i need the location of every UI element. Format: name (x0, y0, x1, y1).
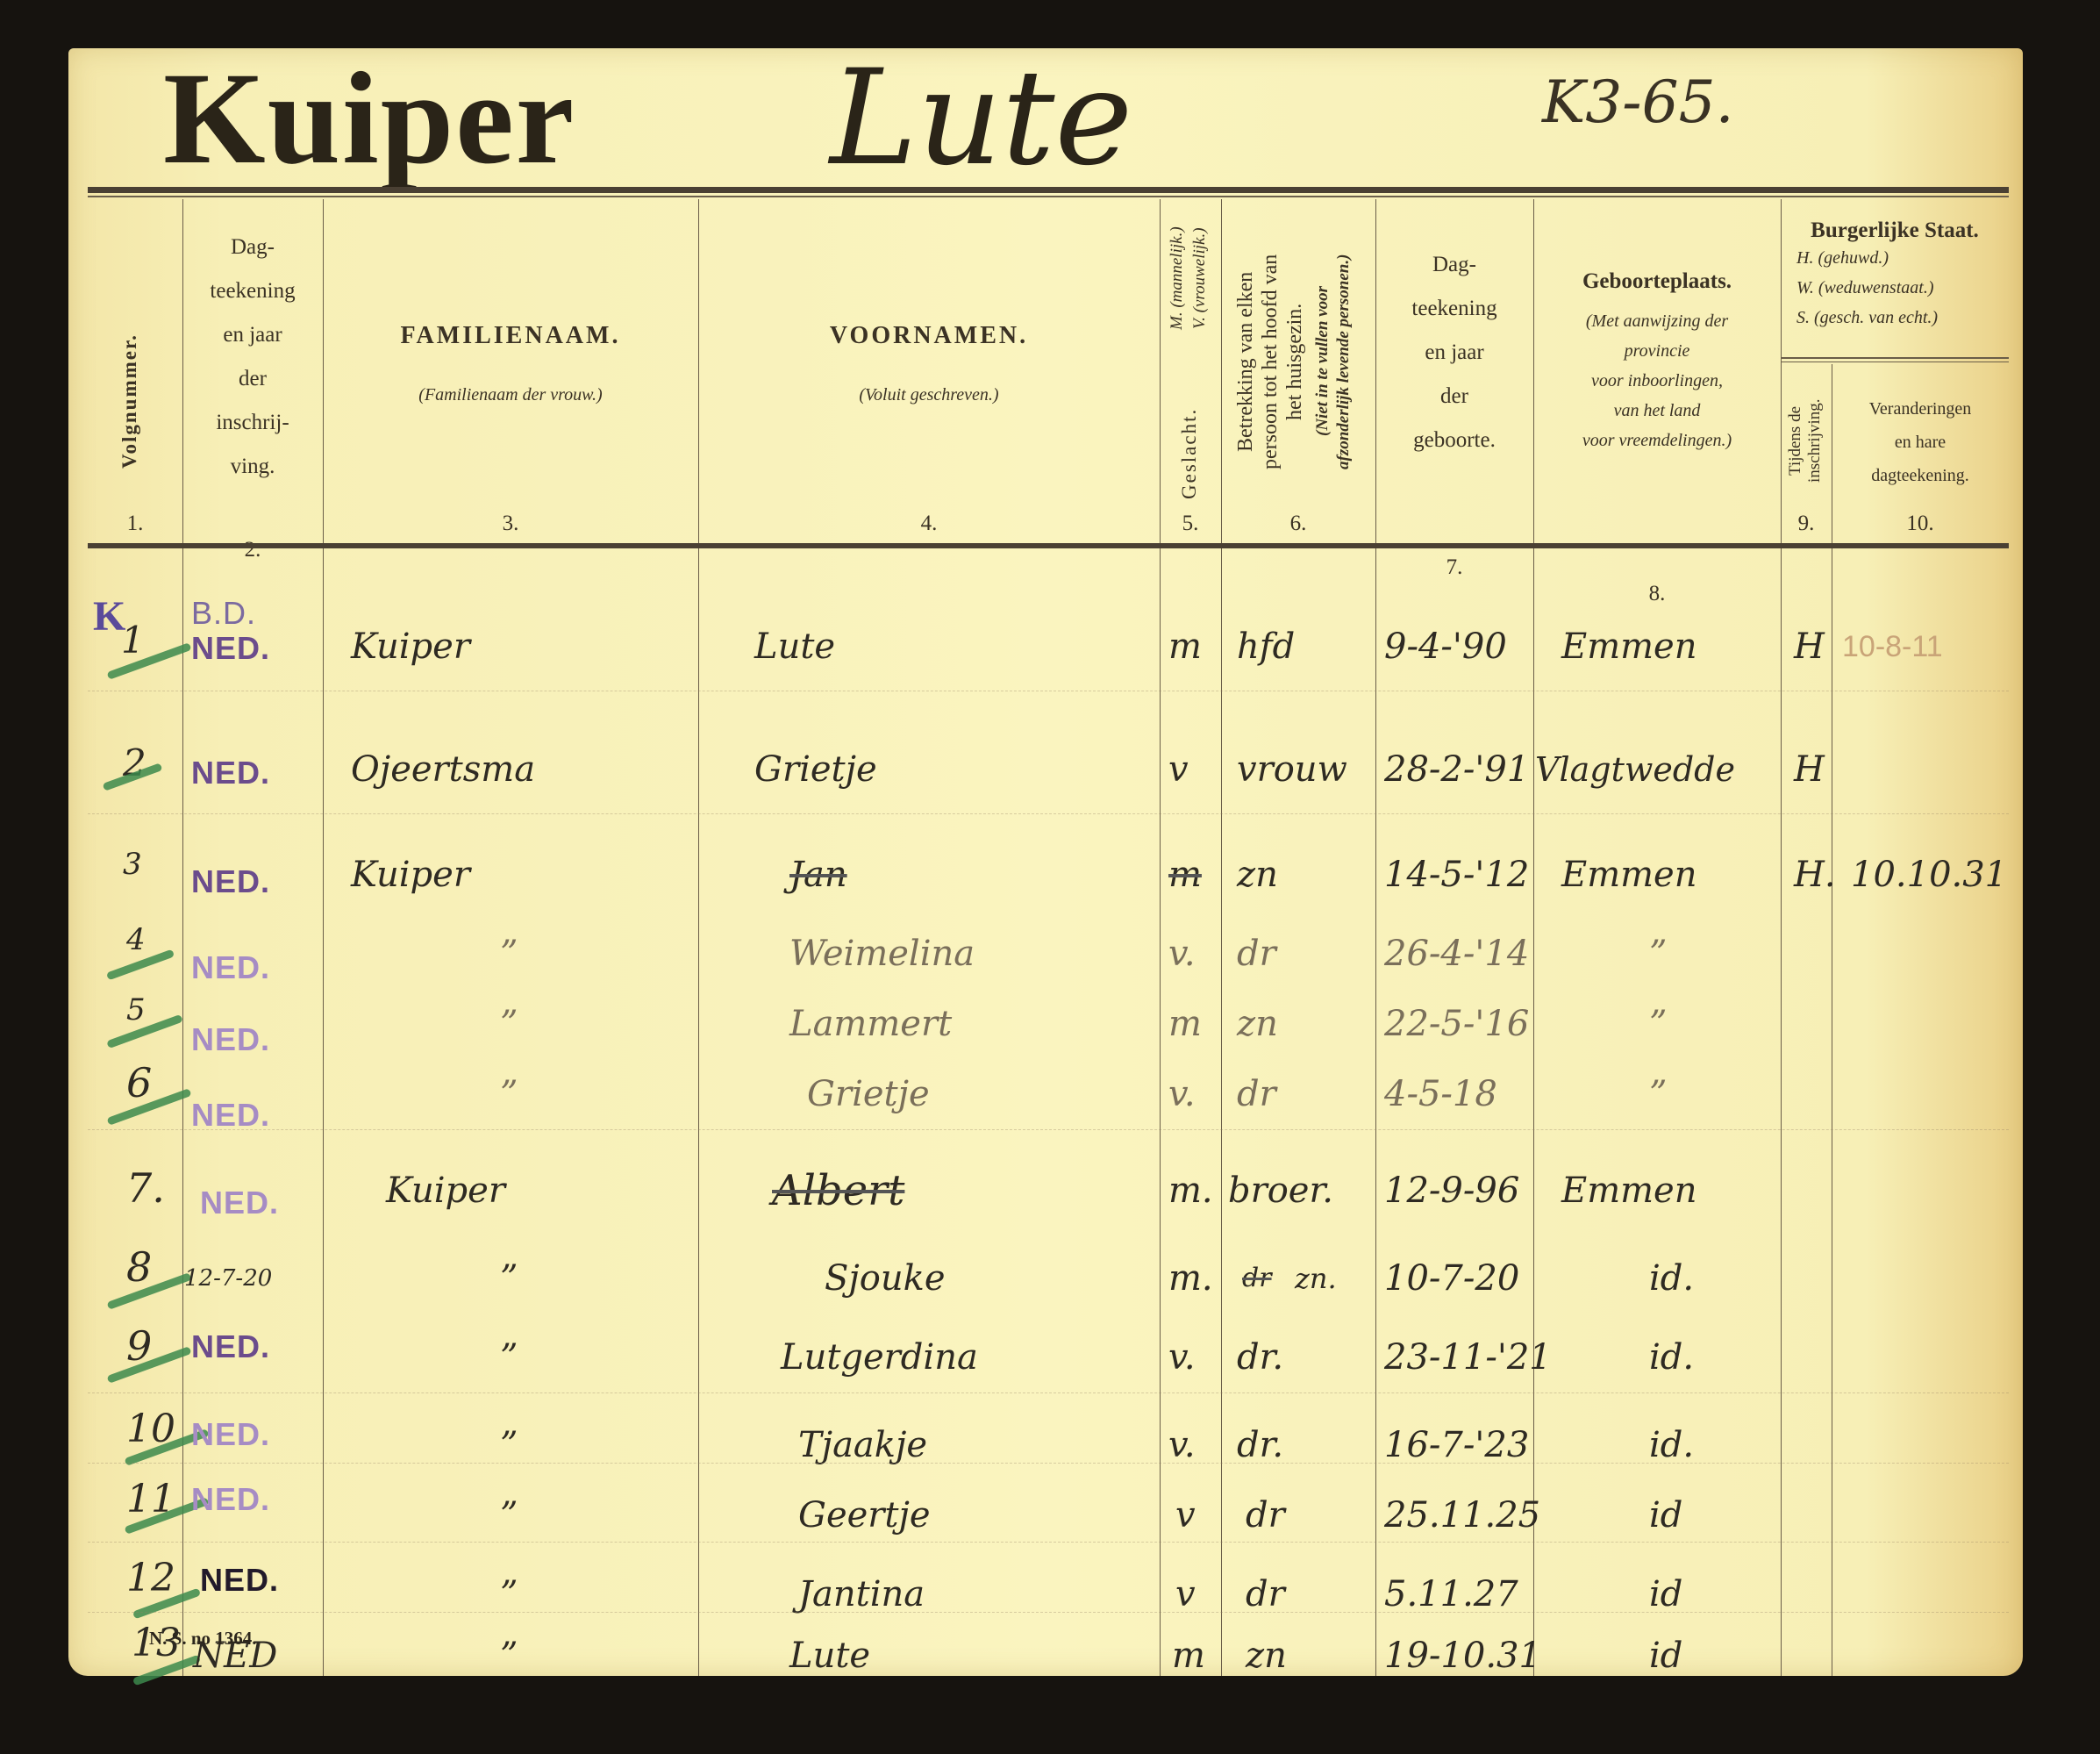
entry-birthplace: Vlagtwedde (1535, 734, 1735, 805)
table-row: 13 NED ” Lute m zn 19-10.31 id (88, 1621, 2009, 1691)
header-col-3: FAMILIENAAM. (Familienaam der vrouw.) 3. (323, 199, 698, 543)
entry-given-names: Tjaakje (798, 1410, 927, 1480)
entry-given-names: Weimelina (789, 919, 975, 989)
table-row: 12 NED. ” Jantina v dr 5.11.27 id (88, 1559, 2009, 1629)
register-entries: 1 B.D. NED. Kuiper Lute m hfd 9-4-'90 Em… (88, 550, 2009, 1676)
entry-birthplace: ” (1649, 919, 1667, 989)
header-col-number: 5. (1160, 512, 1221, 536)
table-row: 11 NED. ” Geertje v dr 25.11.25 id (88, 1480, 2009, 1550)
header-text: Dag- (1375, 243, 1533, 287)
entry-seq: 3 (123, 847, 142, 882)
header-col-number: 1. (88, 512, 182, 536)
title-given-name: Lute (830, 48, 1132, 189)
entry-sex: m (1172, 1621, 1205, 1691)
entry-given-names: Lute (789, 1621, 870, 1691)
stamp-ned: NED. (200, 1564, 279, 1596)
header-geslacht: Geslacht. (1179, 392, 1200, 515)
entry-sex: m (1168, 989, 1202, 1059)
entry-birth-date: 22-5-'16 (1384, 989, 1529, 1059)
entry-given-names: Lammert (789, 989, 952, 1059)
entry-family-name: ” (500, 1059, 518, 1129)
header-geboorteplaats: Geboorteplaats. (1533, 269, 1781, 294)
ledger-line (88, 813, 2009, 814)
header-sex-v: V. (vrouwelijk.) (1189, 208, 1211, 348)
entry-changes: 10-8-11 (1842, 612, 1943, 682)
entry-sex: m (1168, 612, 1202, 682)
header-col-2: Dag- teekening en jaar der inschrij- vin… (182, 199, 323, 569)
header-text: teekening (182, 269, 323, 313)
table-row: 10 NED. ” Tjaakje v. dr. 16-7-'23 id. (88, 1410, 2009, 1480)
entry-sex: v. (1168, 1410, 1196, 1480)
entry-birth-date: 10-7-20 (1384, 1243, 1519, 1314)
header-text: teekening (1375, 287, 1533, 331)
register-card: Kuiper Lute K3-65. K Volgnummer. 1. Dag-… (68, 48, 2023, 1676)
header-betrekking: Betrekking van elken (1235, 208, 1256, 515)
header-col-10: Veranderingen en hare dagteekening. 10. (1832, 199, 2009, 543)
ledger-line (88, 691, 2009, 691)
entry-relation: zn (1246, 1621, 1287, 1691)
ledger-line (88, 1392, 2009, 1393)
green-check-mark (106, 642, 191, 680)
stamp-ned: NED. (200, 1187, 279, 1219)
ledger-line (88, 1612, 2009, 1613)
entry-family-name: Ojeertsma (351, 734, 535, 805)
entry-relation: dr. (1237, 1410, 1283, 1480)
header-betrekking: het huisgezin. (1284, 208, 1305, 515)
entry-sex: m. (1168, 1243, 1213, 1314)
entry-family-name: ” (500, 1621, 518, 1691)
header-betrekking: persoon tot het hoofd van (1260, 208, 1281, 515)
header-text: der (182, 357, 323, 401)
entry-family-name: ” (500, 1480, 518, 1550)
entry-family-name: ” (500, 1559, 518, 1629)
entry-given-names: Lutgerdina (781, 1322, 978, 1392)
ledger-line (88, 1463, 2009, 1464)
entry-family-name: ” (500, 919, 518, 989)
entry-family-name: ” (500, 1243, 518, 1314)
entry-relation: dr (1237, 919, 1276, 989)
header-text: en jaar (182, 313, 323, 357)
entry-civil-status: H (1794, 734, 1825, 805)
entry-given-names: Jan (789, 840, 847, 910)
ledger-line (88, 1542, 2009, 1543)
stamp-ned: NED. (191, 1484, 270, 1515)
entry-seq: 4 (126, 922, 146, 957)
entry-birthplace: id. (1649, 1410, 1694, 1480)
header-betrekking-note: (Niet in te vullen voor (1312, 208, 1333, 515)
entry-seq: 12 (126, 1556, 175, 1600)
entry-family-name: Kuiper (351, 612, 470, 682)
entry-birthplace: id (1649, 1621, 1682, 1691)
entry-given-names: Lute (754, 612, 835, 682)
entry-relation: dr (1246, 1480, 1285, 1550)
entry-changes: 10.10.31 (1851, 840, 2007, 910)
entry-birthplace: ” (1649, 989, 1667, 1059)
entry-registration-date: 12-7-20 (184, 1243, 272, 1314)
header-voornamen-sub: (Voluit geschreven.) (698, 385, 1160, 405)
entry-sex: m. (1168, 1156, 1213, 1226)
header-col-number: 10. (1832, 512, 2009, 536)
header-sex-m: M. (mannelijk.) (1167, 208, 1188, 348)
header-col-number: 4. (698, 512, 1160, 536)
ledger-line (88, 1129, 2009, 1130)
table-row: 4 NED. ” Weimelina v. dr 26-4-'14 ” (88, 919, 2009, 989)
header-col-number: 3. (323, 512, 698, 536)
entry-birth-date: 12-9-96 (1384, 1156, 1519, 1226)
entry-birth-date: 19-10.31 (1384, 1621, 1541, 1691)
form-number: N. S. no 1364. (149, 1628, 257, 1650)
entry-birth-date: 28-2-'91 (1384, 734, 1529, 805)
entry-relation: zn. (1295, 1243, 1337, 1314)
header-text: der (1375, 375, 1533, 419)
register-table: Volgnummer. 1. Dag- teekening en jaar de… (88, 199, 2009, 1676)
header-text: en hare (1832, 426, 2009, 459)
header-text: provincie (1533, 336, 1781, 366)
header-text: Dag- (182, 226, 323, 269)
entry-birth-date: 25.11.25 (1384, 1480, 1540, 1550)
entry-sex: v. (1168, 1059, 1196, 1129)
header-text: geboorte. (1375, 419, 1533, 462)
header-betrekking-note: afzonderlijk levende personen.) (1333, 208, 1354, 515)
table-row: 1 B.D. NED. Kuiper Lute m hfd 9-4-'90 Em… (88, 612, 2009, 682)
entry-seq: 8 (126, 1243, 152, 1291)
entry-birth-date: 4-5-18 (1384, 1059, 1497, 1129)
entry-birthplace: Emmen (1561, 612, 1697, 682)
entry-birthplace: ” (1649, 1059, 1667, 1129)
stamp-ned: NED. (191, 757, 270, 789)
entry-seq: 6 (126, 1059, 152, 1106)
header-familienaam: FAMILIENAAM. (323, 322, 698, 350)
entry-birthplace: Emmen (1561, 840, 1697, 910)
header-text: dagteekening. (1832, 459, 2009, 492)
title-family-name: Kuiper (163, 48, 575, 189)
entry-sex: v (1175, 1559, 1196, 1629)
entry-family-name: ” (500, 1410, 518, 1480)
entry-relation: dr. (1237, 1322, 1283, 1392)
entry-birthplace: Emmen (1561, 1156, 1697, 1226)
header-text: inschrij- (182, 401, 323, 445)
entry-relation: hfd (1237, 612, 1295, 682)
table-row: 9 NED. ” Lutgerdina v. dr. 23-11-'21 id. (88, 1322, 2009, 1392)
entry-sex: v (1175, 1480, 1196, 1550)
header-text: en jaar (1375, 331, 1533, 375)
entry-birthplace: id. (1649, 1243, 1694, 1314)
header-col-7: Dag- teekening en jaar der geboorte. 7. (1375, 199, 1533, 587)
entry-birth-date: 14-5-'12 (1384, 840, 1529, 910)
header-volgnummer: Volgnummer. (119, 304, 140, 498)
stamp-bd: B.D. (191, 598, 256, 629)
entry-civil-status: H (1794, 612, 1825, 682)
table-row: 8 12-7-20 ” Sjouke m. dr zn. 10-7-20 id. (88, 1243, 2009, 1314)
entry-given-names: Sjouke (825, 1243, 946, 1314)
stamp-ned: NED. (191, 1099, 270, 1131)
header-tijdens: Tijdens de inschrijving. (1786, 375, 1825, 506)
header-text: van het land (1533, 396, 1781, 426)
entry-seq: 7. (126, 1164, 165, 1212)
entry-birth-date: 26-4-'14 (1384, 919, 1529, 989)
entry-birth-date: 5.11.27 (1384, 1559, 1518, 1629)
entry-relation: dr (1237, 1059, 1276, 1129)
entry-relation: zn (1237, 989, 1278, 1059)
entry-family-name: ” (500, 1322, 518, 1392)
header-col-1: Volgnummer. 1. (88, 199, 182, 543)
header-text: (Met aanwijzing der (1533, 306, 1781, 336)
title-family-text: Kuiper (163, 46, 575, 191)
stamp-ned: NED. (191, 1024, 270, 1056)
entry-birth-date: 16-7-'23 (1384, 1410, 1529, 1480)
header-col-6: Betrekking van elken persoon tot het hoo… (1221, 199, 1375, 543)
table-row: 7. NED. Kuiper Albert m. broer. 12-9-96 … (88, 1156, 2009, 1226)
stamp-ned: NED. (191, 952, 270, 984)
header-col-number: 6. (1221, 512, 1375, 536)
entry-relation: vrouw (1237, 734, 1347, 805)
header-familienaam-sub: (Familienaam der vrouw.) (323, 385, 698, 405)
header-text: ving. (182, 445, 323, 489)
table-row: 5 NED. ” Lammert m zn 22-5-'16 ” (88, 989, 2009, 1059)
header-voornamen: VOORNAMEN. (698, 322, 1160, 350)
entry-birth-date: 9-4-'90 (1384, 612, 1507, 682)
stamp-ned: NED. (191, 1331, 270, 1363)
entry-birth-date: 23-11-'21 (1384, 1322, 1552, 1392)
header-bottom-rule (88, 543, 2009, 548)
header-col-4: VOORNAMEN. (Voluit geschreven.) 4. (698, 199, 1160, 543)
entry-family-name: Kuiper (386, 1156, 505, 1226)
entry-seq: 1 (121, 619, 145, 662)
table-row: 6 NED. ” Grietje v. dr 4-5-18 ” (88, 1059, 2009, 1129)
entry-birthplace: id. (1649, 1322, 1694, 1392)
header-text: voor inboorlingen, (1533, 366, 1781, 396)
entry-birthplace: id (1649, 1559, 1682, 1629)
header-text: voor vreemdelingen.) (1533, 426, 1781, 455)
header-col-9: Tijdens de inschrijving. 9. (1781, 199, 1832, 543)
header-col-5: M. (mannelijk.) V. (vrouwelijk.) Geslach… (1160, 199, 1221, 543)
card-title: Kuiper Lute K3-65. (68, 48, 2023, 189)
title-reference: K3-65. (1542, 68, 1734, 138)
entry-sex: m (1168, 840, 1202, 910)
header-col-number: 9. (1781, 512, 1832, 536)
entry-relation: broer. (1228, 1156, 1333, 1226)
table-row: 3 NED. Kuiper Jan m zn 14-5-'12 Emmen H.… (88, 840, 2009, 910)
entry-family-name: Kuiper (351, 840, 470, 910)
entry-given-names: Geertje (798, 1480, 931, 1550)
entry-civil-status: H. (1794, 840, 1836, 910)
entry-relation: dr (1246, 1559, 1285, 1629)
entry-given-names: Grietje (807, 1059, 930, 1129)
stamp-ned: NED. (191, 866, 270, 898)
stamp-ned: NED. (191, 1419, 270, 1450)
entry-given-names: Albert (772, 1156, 904, 1226)
entry-birthplace: id (1649, 1480, 1682, 1550)
entry-given-names: Jantina (798, 1559, 925, 1629)
entry-given-names: Grietje (754, 734, 877, 805)
title-rule-thin (88, 196, 2009, 197)
entry-seq: 5 (126, 992, 146, 1027)
entry-sex: v. (1168, 1322, 1196, 1392)
header-text: Veranderingen (1832, 392, 2009, 426)
title-rule (88, 187, 2009, 193)
table-row: 2 NED. Ojeertsma Grietje v vrouw 28-2-'9… (88, 734, 2009, 805)
entry-family-name: ” (500, 989, 518, 1059)
entry-relation-struck: dr (1242, 1243, 1272, 1314)
entry-sex: v (1168, 734, 1189, 805)
entry-sex: v. (1168, 919, 1196, 989)
stamp-ned: NED. (191, 633, 270, 664)
entry-relation: zn (1237, 840, 1278, 910)
